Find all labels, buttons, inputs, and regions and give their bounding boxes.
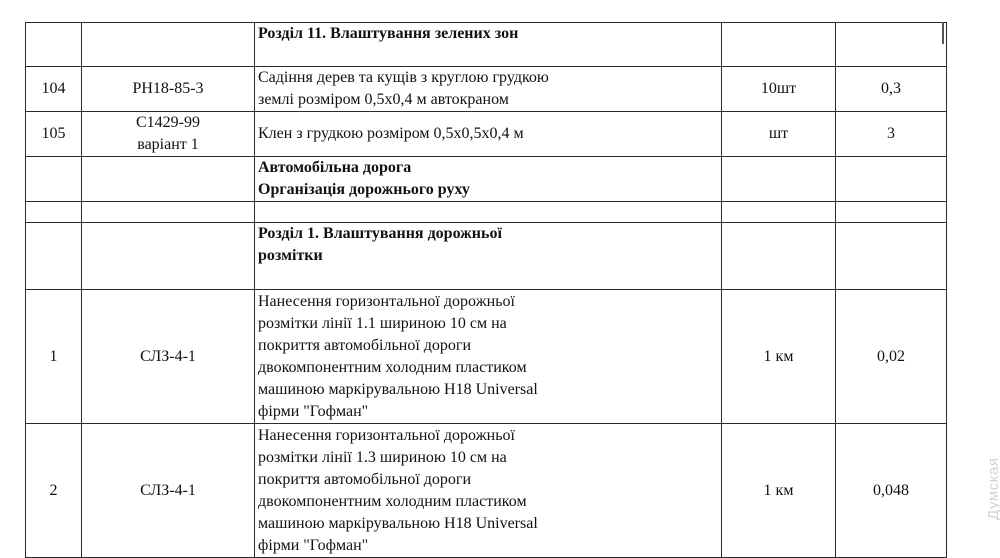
cell-num: 2 [26,424,82,558]
cell-code: СЛЗ-4-1 [82,290,255,424]
cell-code: С1429-99 варіант 1 [82,112,255,157]
cell-quantity [836,23,947,67]
table-row: 104 РН18-85-3 Садіння дерев та кущів з к… [26,67,947,112]
cell-num: 104 [26,67,82,112]
cell-description: Клен з грудкою розміром 0,5x0,5x0,4 м [255,112,722,157]
cell-num [26,202,82,223]
cell-unit: шт [722,112,836,157]
cell-quantity [836,223,947,290]
cell-quantity: 3 [836,112,947,157]
cell-code: СЛЗ-4-1 [82,424,255,558]
cell-unit [722,157,836,202]
cell-description [255,202,722,223]
table-row: 1 СЛЗ-4-1 Нанесення горизонтальної дорож… [26,290,947,424]
table-row: 105 С1429-99 варіант 1 Клен з грудкою ро… [26,112,947,157]
watermark: Думская [985,458,1000,521]
cell-code [82,223,255,290]
cell-description: Нанесення горизонтальної дорожньої розмі… [255,424,722,558]
cell-unit [722,23,836,67]
table-row: 2 СЛЗ-4-1 Нанесення горизонтальної дорож… [26,424,947,558]
cell-num [26,157,82,202]
cell-unit: 10шт [722,67,836,112]
cell-unit [722,223,836,290]
text-cursor [942,22,944,44]
cell-quantity: 0,048 [836,424,947,558]
cell-num [26,223,82,290]
cell-code: РН18-85-3 [82,67,255,112]
cell-code [82,202,255,223]
table-row-road-heading: Автомобільна дорога Організація дорожньо… [26,157,947,202]
cell-num: 1 [26,290,82,424]
section-heading: Розділ 11. Влаштування зелених зон [255,23,722,67]
estimate-table: Розділ 11. Влаштування зелених зон 104 Р… [25,22,947,558]
cell-code [82,23,255,67]
table-row-section-1: Розділ 1. Влаштування дорожньої розмітки [26,223,947,290]
cell-unit: 1 км [722,424,836,558]
table-row-section-11: Розділ 11. Влаштування зелених зон [26,23,947,67]
cell-quantity [836,157,947,202]
cell-description: Нанесення горизонтальної дорожньої розмі… [255,290,722,424]
table-row-empty [26,202,947,223]
cell-unit [722,202,836,223]
cell-unit: 1 км [722,290,836,424]
cell-num [26,23,82,67]
cell-description: Садіння дерев та кущів з круглою грудкою… [255,67,722,112]
cell-quantity: 0,02 [836,290,947,424]
cell-code [82,157,255,202]
section-heading: Автомобільна дорога Організація дорожньо… [255,157,722,202]
cell-num: 105 [26,112,82,157]
cell-quantity [836,202,947,223]
cell-quantity: 0,3 [836,67,947,112]
section-heading: Розділ 1. Влаштування дорожньої розмітки [255,223,722,290]
